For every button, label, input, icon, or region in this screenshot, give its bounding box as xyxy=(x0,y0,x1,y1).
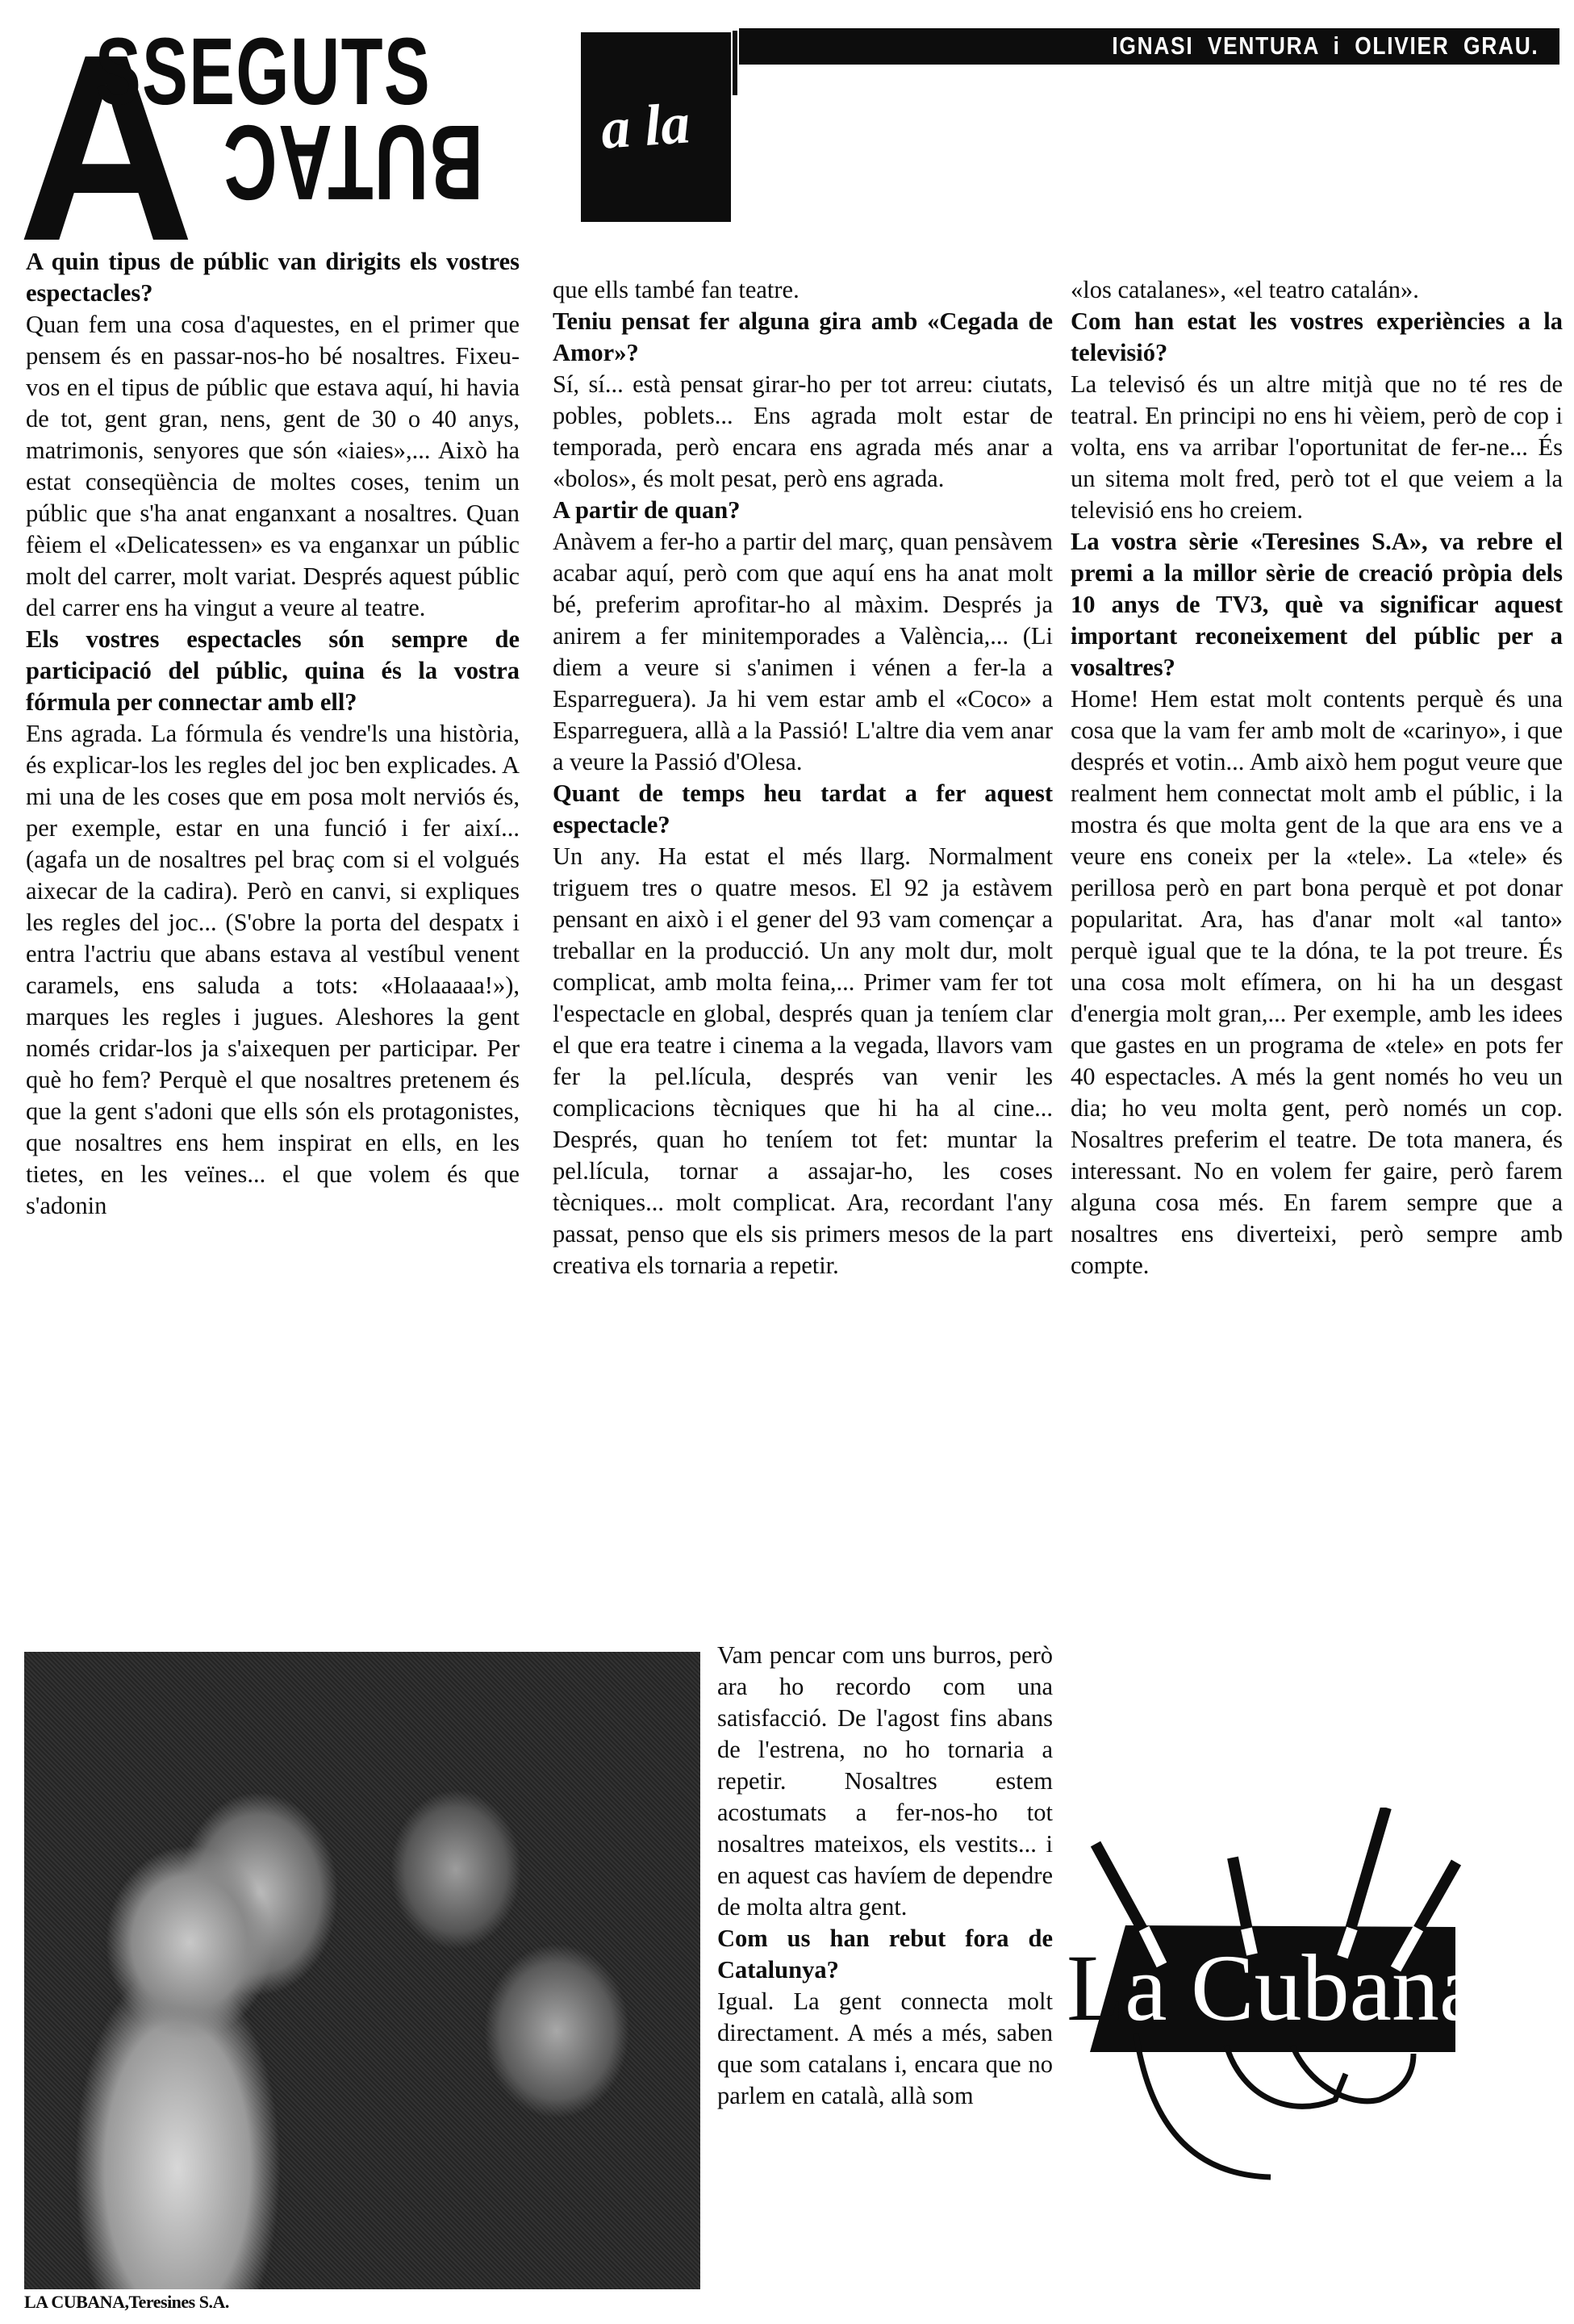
article-column-1: A quin tipus de públic van dirigits els … xyxy=(26,246,520,1222)
interview-question: Com us han rebut fora de Catalunya? xyxy=(717,1923,1053,1986)
interview-answer: Un any. Ha estat el més llarg. Normalmen… xyxy=(553,841,1053,1281)
interview-question: A quin tipus de públic van dirigits els … xyxy=(26,246,520,309)
interview-question: Els vostres espectacles són sempre de pa… xyxy=(26,624,520,718)
logo-graphic-icon xyxy=(1049,1808,1574,2324)
interview-answer: Vam pencar com uns burros, però ara ho r… xyxy=(717,1640,1053,1923)
interview-question: Com han estat les vostres experiències a… xyxy=(1071,306,1563,369)
interview-answer: Igual. La gent connecta molt directament… xyxy=(717,1986,1053,2112)
interview-answer: La televisó és un altre mitjà que no té … xyxy=(1071,369,1563,526)
logo-wordmark-rest: a Cubana xyxy=(1125,1935,1481,2041)
group-photo xyxy=(24,1652,700,2289)
interview-answer: Home! Hem estat molt contents perquè és … xyxy=(1071,683,1563,1281)
byline-bar: IGNASI VENTURA i OLIVIER GRAU. xyxy=(739,28,1559,65)
interview-answer: «los catalanes», «el teatro catalán». xyxy=(1071,274,1563,306)
masthead: A SSEGUTS BUTAC a la IGNASI VENTURA i OL… xyxy=(0,0,1574,234)
logo-initial: L xyxy=(1067,1935,1125,2041)
divider xyxy=(733,31,737,95)
la-cubana-logo: La Cubana xyxy=(1049,1808,1574,2324)
photo-caption: LA CUBANA,Teresines S.A. xyxy=(24,2292,229,2313)
byline: IGNASI VENTURA i OLIVIER GRAU. xyxy=(1112,31,1539,61)
interview-question: Teniu pensat fer alguna gira amb «Cegada… xyxy=(553,306,1053,369)
interview-answer: Anàvem a fer-ho a partir del març, quan … xyxy=(553,526,1053,778)
masthead-word-bottom-inverted: BUTAC xyxy=(223,109,483,215)
article-column-2-continued: Vam pencar com uns burros, però ara ho r… xyxy=(717,1640,1053,2112)
interview-question: Quant de temps heu tardat a fer aquest e… xyxy=(553,778,1053,841)
logo-wordmark: La Cubana xyxy=(1067,1941,1481,2036)
interview-question: La vostra sèrie «Teresines S.A», va rebr… xyxy=(1071,526,1563,683)
masthead-connector: a la xyxy=(599,94,692,157)
interview-answer: Quan fem una cosa d'aquestes, en el prim… xyxy=(26,309,520,624)
interview-question: A partir de quan? xyxy=(553,495,1053,526)
article-column-2: que ells també fan teatre. Teniu pensat … xyxy=(553,274,1053,1281)
interview-answer: que ells també fan teatre. xyxy=(553,274,1053,306)
interview-answer: Sí, sí... està pensat girar-ho per tot a… xyxy=(553,369,1053,495)
article-column-3: «los catalanes», «el teatro catalán». Co… xyxy=(1071,274,1563,1281)
interview-answer: Ens agrada. La fórmula és vendre'ls una … xyxy=(26,718,520,1222)
